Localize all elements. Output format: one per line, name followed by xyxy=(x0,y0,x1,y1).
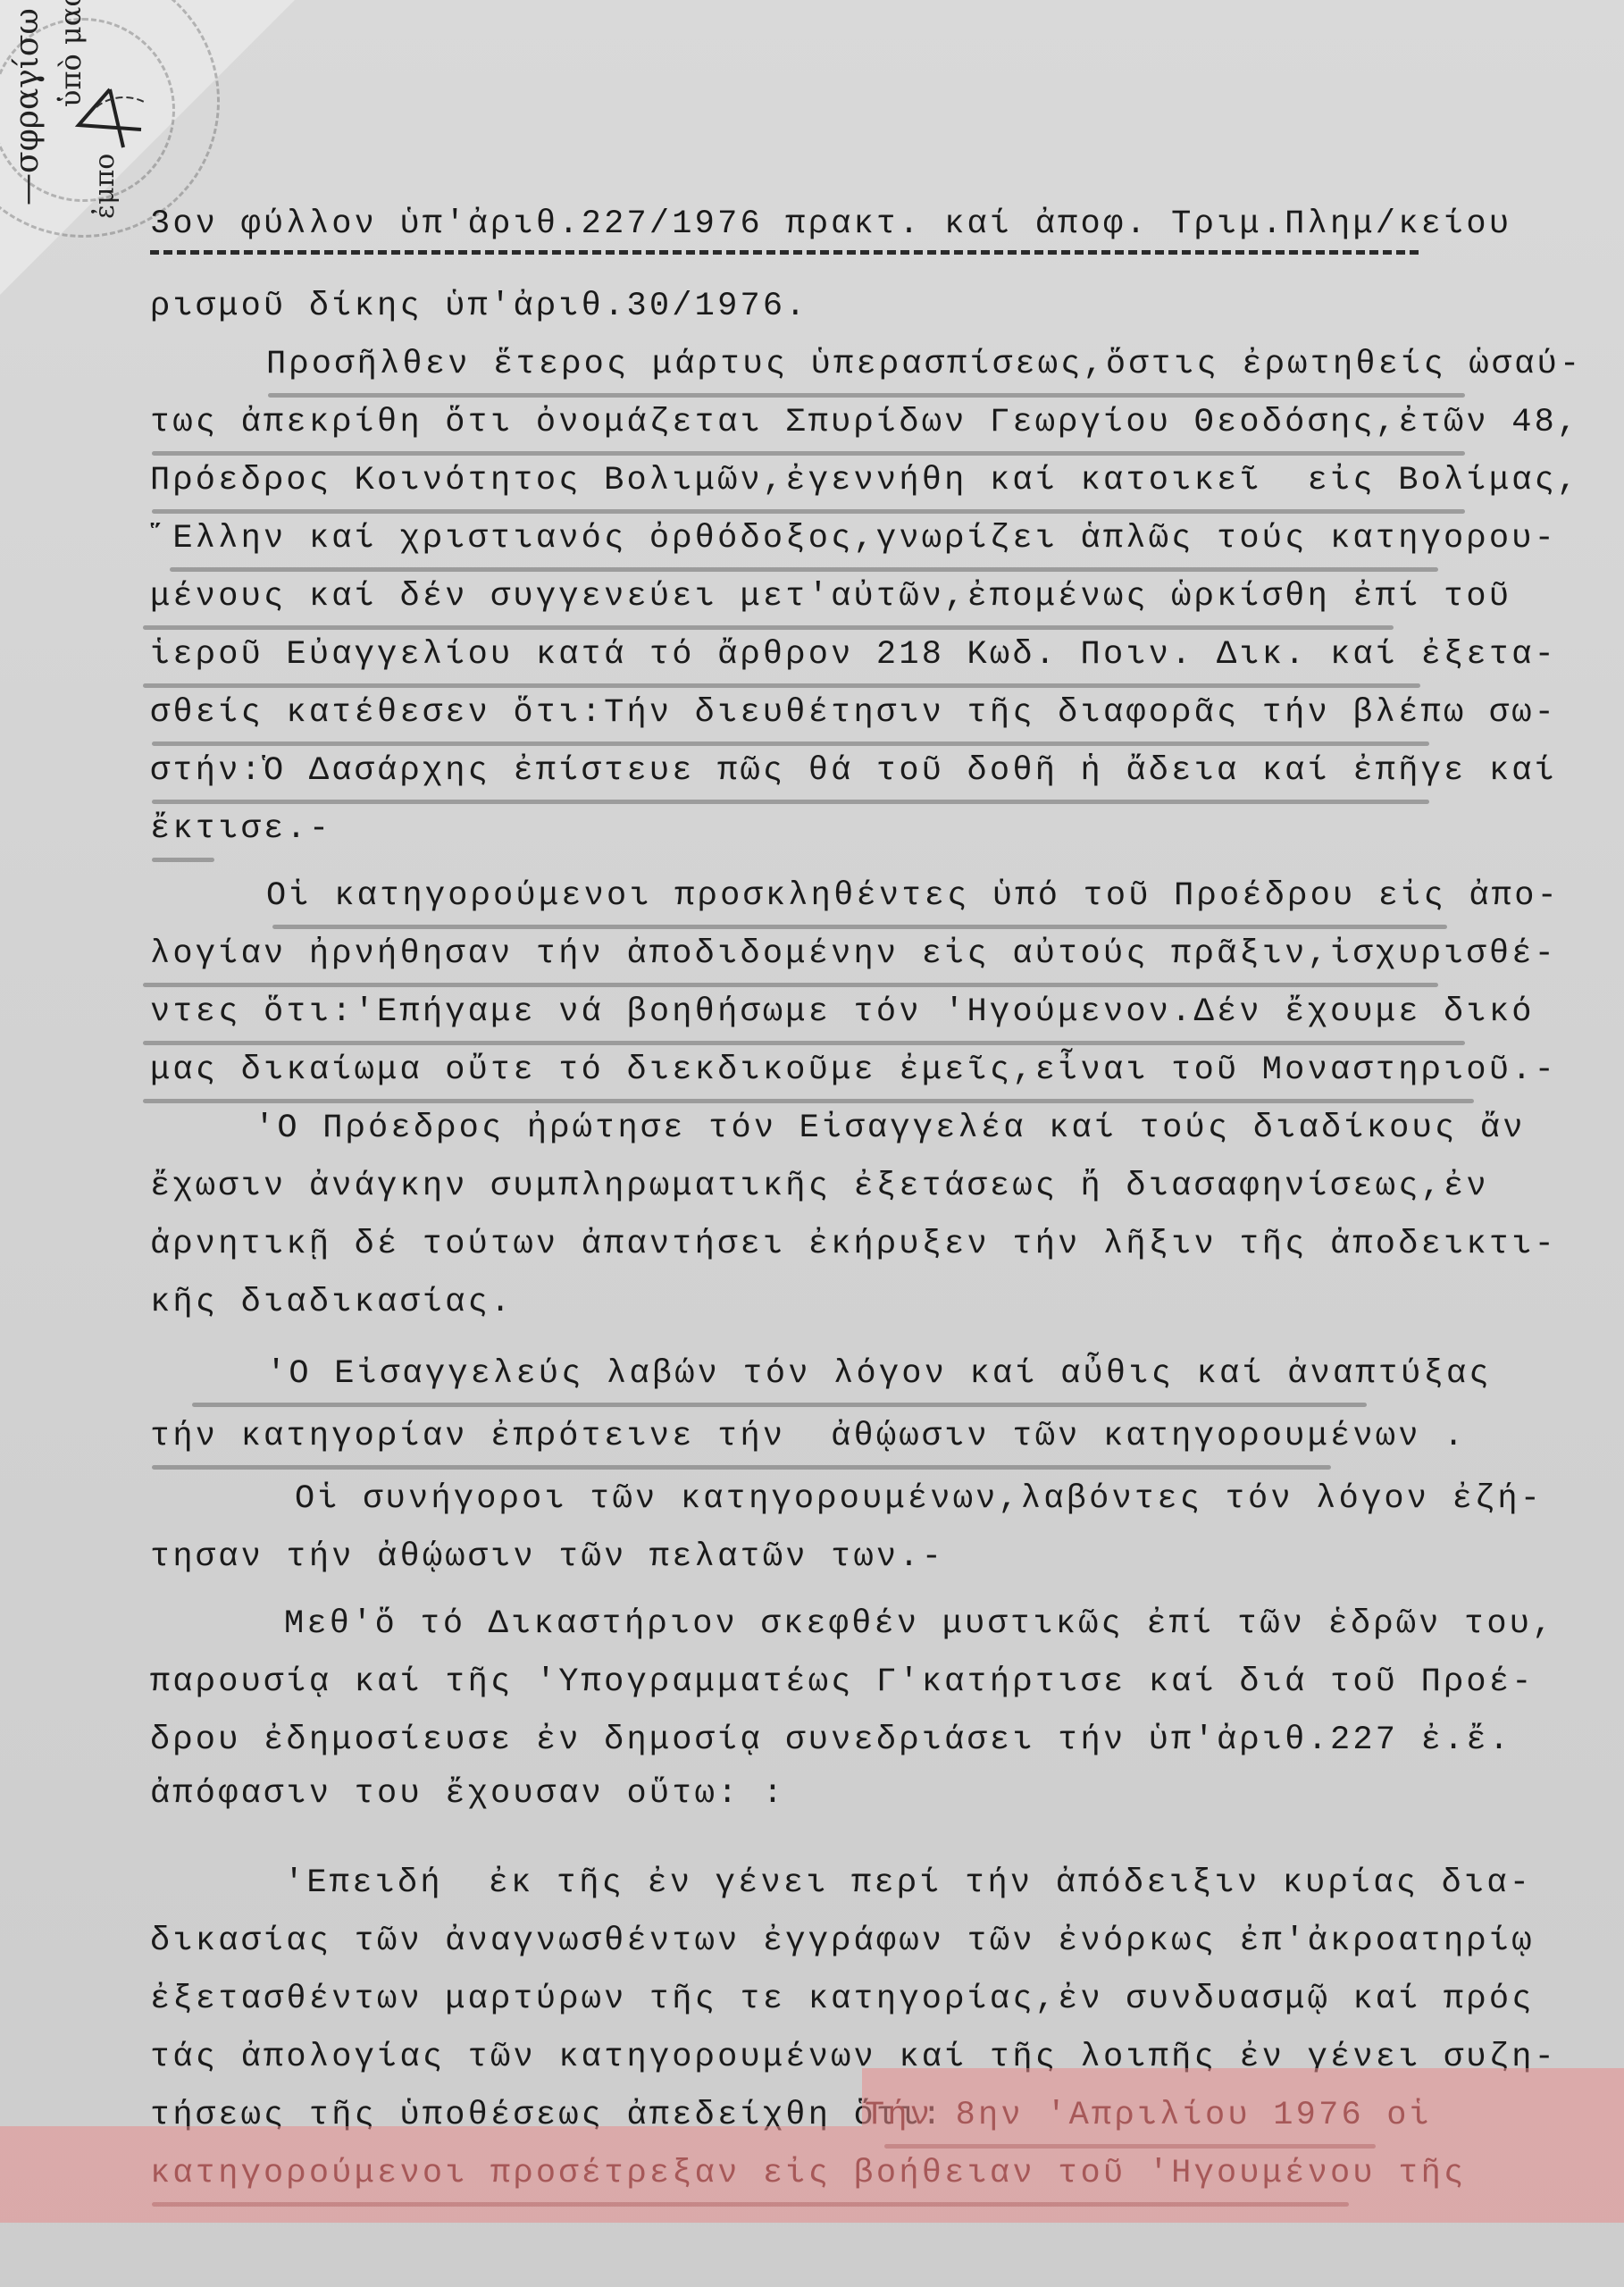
pencil-underline xyxy=(143,983,1438,987)
pencil-underline xyxy=(143,625,1394,630)
text-line: μένους καί δέν συγγενεύει μετ'αὐτῶν,ἐπομ… xyxy=(150,581,1511,614)
pencil-underline xyxy=(152,1465,1331,1470)
text-line: λογίαν ἠρνήθησαν τήν ἀποδιδομένην εἰς αὐ… xyxy=(150,938,1557,971)
pencil-underline xyxy=(152,741,1429,746)
pencil-underline xyxy=(152,451,1465,456)
header-line-1: 3ον φύλλον ὑπ'ἀριθ.227/1976 πρακτ. καί ἀ… xyxy=(150,208,1511,241)
pencil-underline xyxy=(268,393,1465,398)
text-line: ῞Ελλην καί χριστιανός ὀρθόδοξος,γνωρίζει… xyxy=(150,523,1557,556)
pencil-underline xyxy=(152,509,1465,514)
text-line: 'Ο Εἰσαγγελεύς λαβών τόν λόγον καί αὖθις… xyxy=(266,1358,1492,1391)
text-line: 'Επειδή ἐκ τῆς ἐν γένει περί τήν ἀπόδειξ… xyxy=(284,1867,1532,1900)
text-line: ἔχωσιν ἀνάγκην συμπληρωματικῆς ἐξετάσεως… xyxy=(150,1170,1489,1203)
text-line: Πρόεδρος Κοινότητος Βολιμῶν,ἐγεννήθη καί… xyxy=(150,465,1579,498)
pencil-underline xyxy=(170,567,1438,572)
text-line: παρουσίᾳ καί τῆς 'Υπογραμματέως Γ'κατήρτ… xyxy=(150,1666,1535,1699)
text-line: τησαν τήν ἀθῴωσιν τῶν πελατῶν των.- xyxy=(150,1541,944,1574)
text-line: κῆς διαδικασίας. xyxy=(150,1286,513,1319)
text-line: σθείς κατέθεσεν ὅτι:Τήν διευθέτησιν τῆς … xyxy=(150,697,1557,730)
scanned-page: —σφραγίσω ὑπὸ μας ἐμπο 3ον φύλλον ὑπ'ἀρι… xyxy=(0,0,1624,2287)
header-dashed-underline xyxy=(150,250,1419,255)
pencil-underline xyxy=(143,1041,1465,1045)
text-line: στήν:Ὁ Δασάρχης ἐπίστευε πῶς θά τοῦ δοθῆ… xyxy=(150,755,1557,788)
pencil-underline xyxy=(272,925,1447,929)
text-line: ἀπόφασιν του ἔχουσαν οὕτω: : xyxy=(150,1778,785,1811)
text-line: Οἱ κατηγορούμενοι προσκληθέντες ὑπό τοῦ … xyxy=(266,880,1560,913)
text-line: 'Ο Πρόεδρος ἠρώτησε τόν Εἰσαγγελέα καί τ… xyxy=(255,1112,1526,1145)
highlight-region-2 xyxy=(0,2126,1624,2223)
text-line: δρου ἐδημοσίευσε ἐν δημοσίᾳ συνεδριάσει … xyxy=(150,1724,1511,1757)
pencil-underline xyxy=(152,858,214,862)
text-line: τήν κατηγορίαν ἐπρότεινε τήν ἀθῴωσιν τῶν… xyxy=(150,1420,1466,1453)
header-line-2: ρισμοῦ δίκης ὑπ'ἀριθ.30/1976. xyxy=(150,290,808,323)
text-line: τως ἀπεκρίθη ὅτι ὀνομάζεται Σπυρίδων Γεω… xyxy=(150,406,1579,440)
text-line: ἐξετασθέντων μαρτύρων τῆς τε κατηγορίας,… xyxy=(150,1983,1535,2016)
text-line: Προσῆλθεν ἕτερος μάρτυς ὑπερασπίσεως,ὅστ… xyxy=(266,348,1582,381)
margin-note-1: —σφραγίσω xyxy=(9,8,46,205)
text-line: ἔκτισε.- xyxy=(150,813,331,846)
pencil-underline xyxy=(152,800,1429,804)
text-line: Μεθ'ὅ τό Δικαστήριον σκεφθέν μυστικῶς ἐπ… xyxy=(284,1608,1555,1641)
highlight-region-1 xyxy=(862,2068,1624,2126)
text-line: ἱεροῦ Εὐαγγελίου κατά τό ἄρθρον 218 Κωδ.… xyxy=(150,639,1557,672)
text-line: δικασίας τῶν ἀναγνωσθέντων ἐγγράφων τῶν … xyxy=(150,1925,1535,1958)
pencil-underline xyxy=(143,683,1420,688)
margin-note-3: ἐμπο xyxy=(89,154,121,219)
text-line: Οἱ συνήγοροι τῶν κατηγορουμένων,λαβόντες… xyxy=(295,1483,1543,1516)
text-line: ἀρνητικῇ δέ τούτων ἀπαντήσει ἐκήρυξεν τή… xyxy=(150,1228,1557,1261)
pencil-underline xyxy=(143,1099,1474,1103)
text-line: μας δικαίωμα οὔτε τό διεκδικοῦμε ἐμεῖς,ε… xyxy=(150,1054,1557,1087)
text-line: ντες ὅτι:'Επήγαμε νά βοηθήσωμε τόν 'Ηγού… xyxy=(150,996,1535,1029)
pencil-underline xyxy=(192,1403,1367,1407)
handwritten-a-mark-icon xyxy=(70,85,150,156)
